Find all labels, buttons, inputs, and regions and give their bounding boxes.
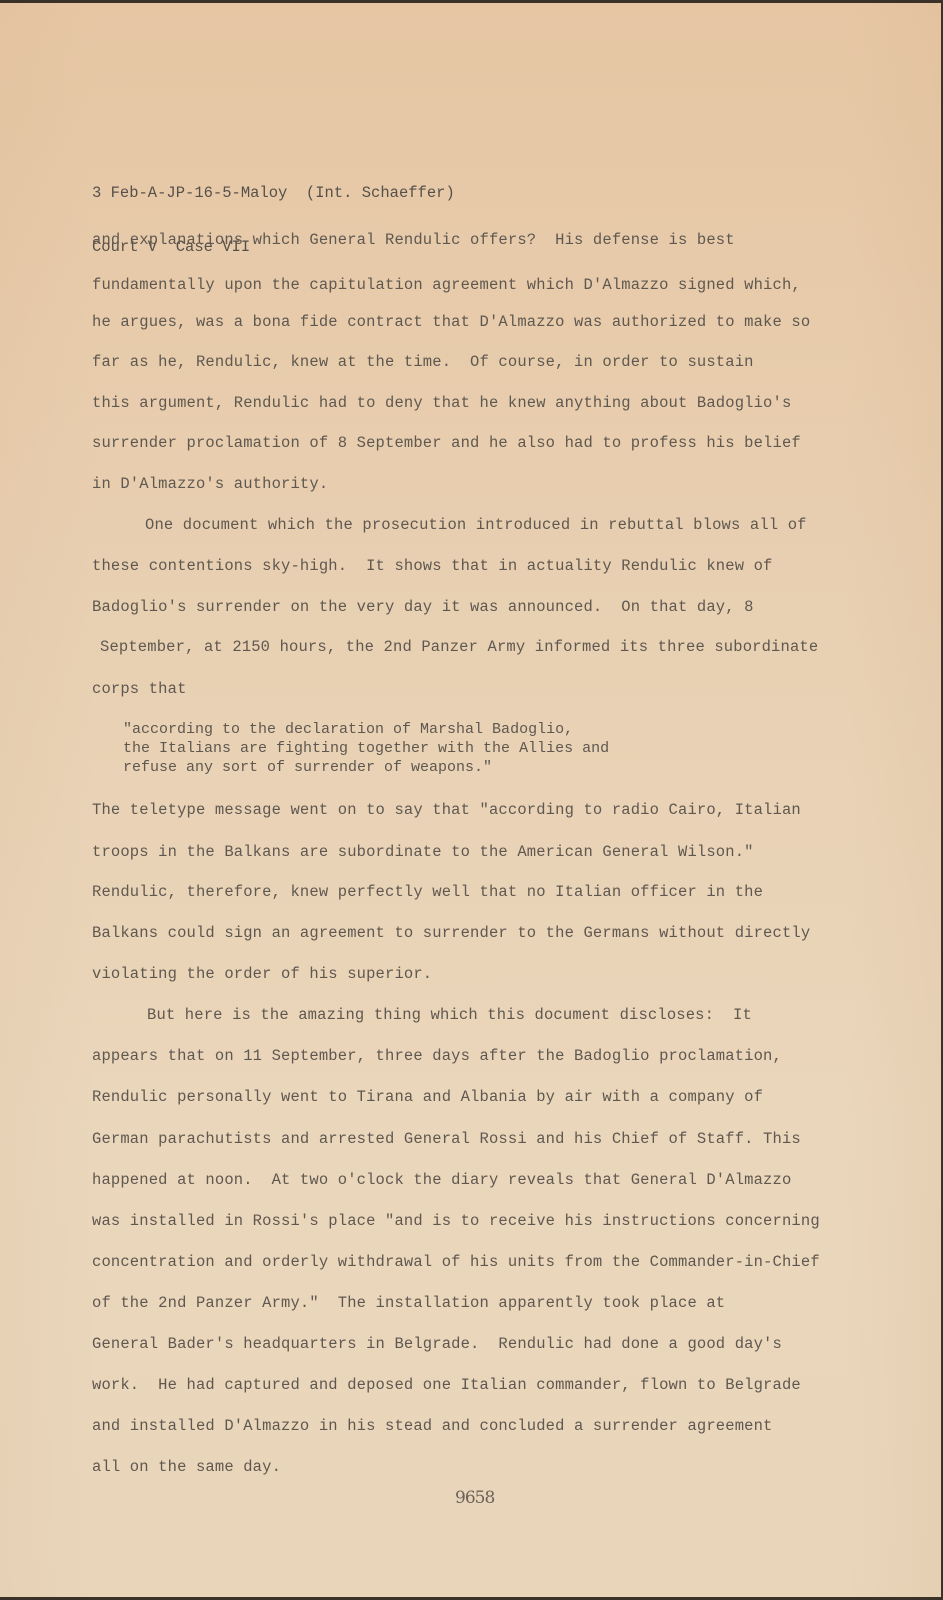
text-line: General Bader's headquarters in Belgrade… [92, 1335, 782, 1353]
quote-line: the Italians are fighting together with … [123, 740, 609, 758]
text-line: of the 2nd Panzer Army." The installatio… [92, 1294, 725, 1312]
text-line: corps that [92, 680, 187, 698]
text-line: Balkans could sign an agreement to surre… [92, 924, 810, 942]
text-line: September, at 2150 hours, the 2nd Panzer… [100, 638, 818, 656]
text-line: appears that on 11 September, three days… [92, 1047, 782, 1065]
page-number: 9658 [455, 1488, 494, 1508]
header-reference-line: 3 Feb-A-JP-16-5-Maloy (Int. Schaeffer) [92, 184, 455, 202]
text-line: violating the order of his superior. [92, 965, 432, 983]
text-line: The teletype message went on to say that… [92, 801, 801, 819]
text-line: Rendulic, therefore, knew perfectly well… [92, 883, 763, 901]
text-line: happened at noon. At two o'clock the dia… [92, 1171, 791, 1189]
text-line: Rendulic personally went to Tirana and A… [92, 1088, 763, 1106]
text-line: German parachutists and arrested General… [92, 1130, 801, 1148]
quote-line: refuse any sort of surrender of weapons.… [123, 759, 492, 777]
text-line: Badoglio's surrender on the very day it … [92, 598, 754, 616]
text-line: troops in the Balkans are subordinate to… [92, 843, 754, 861]
text-line: But here is the amazing thing which this… [147, 1006, 752, 1024]
text-line: far as he, Rendulic, knew at the time. O… [92, 353, 754, 371]
document-page: 3 Feb-A-JP-16-5-Maloy (Int. Schaeffer) C… [0, 3, 941, 1597]
text-line: these contentions sky-high. It shows tha… [92, 557, 773, 575]
text-line: One document which the prosecution intro… [145, 516, 807, 534]
text-line: this argument, Rendulic had to deny that… [92, 394, 791, 412]
text-line: and installed D'Almazzo in his stead and… [92, 1417, 773, 1435]
text-line: concentration and orderly withdrawal of … [92, 1253, 820, 1271]
text-line: surrender proclamation of 8 September an… [92, 434, 801, 452]
text-line: was installed in Rossi's place "and is t… [92, 1212, 820, 1230]
text-line: all on the same day. [92, 1458, 281, 1476]
document-header: 3 Feb-A-JP-16-5-Maloy (Int. Schaeffer) C… [92, 148, 455, 292]
text-line: fundamentally upon the capitulation agre… [92, 276, 801, 294]
text-line: work. He had captured and deposed one It… [92, 1376, 801, 1394]
quote-line: "according to the declaration of Marshal… [123, 721, 573, 739]
text-line: and explanations which General Rendulic … [92, 231, 735, 249]
text-line: he argues, was a bona fide contract that… [92, 313, 810, 331]
text-line: in D'Almazzo's authority. [92, 475, 328, 493]
